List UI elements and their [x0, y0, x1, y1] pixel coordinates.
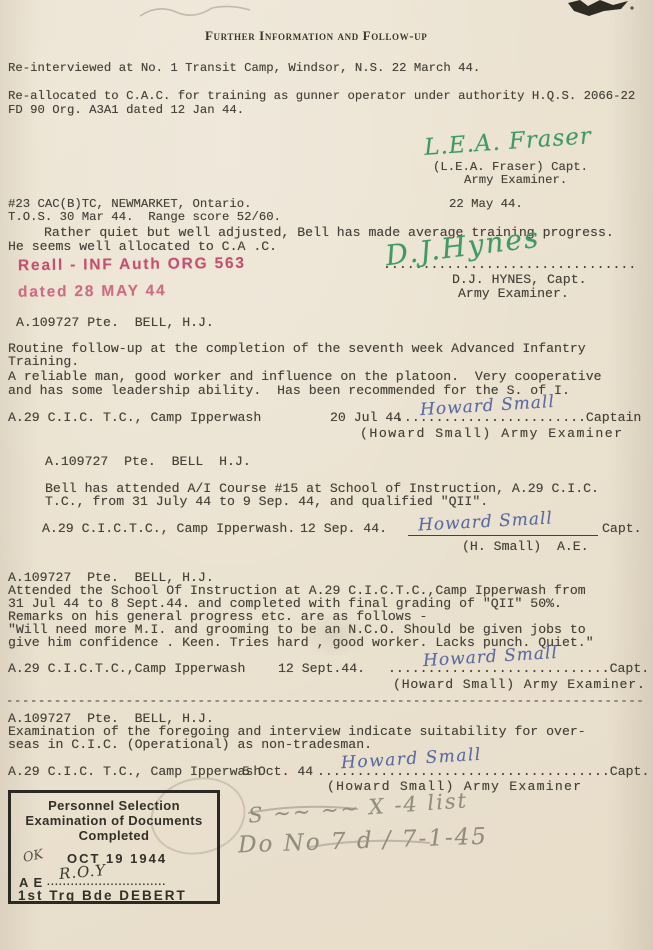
- windsor-line1: Re-interviewed at No. 1 Transit Camp, Wi…: [8, 61, 480, 75]
- fraser-name: (L.E.A. Fraser) Capt.: [433, 160, 588, 174]
- newmarket-unit: #23 CAC(B)TC, NEWMARKET, Ontario.: [8, 197, 252, 211]
- course15-rank: Capt.: [602, 521, 642, 536]
- overseas-para2: seas in C.I.C. (Operational) as non-trad…: [8, 737, 372, 752]
- stain-smudge: [300, 612, 370, 658]
- personnel-selection-stamp: Personnel Selection Examination of Docum…: [8, 790, 220, 904]
- week7-para1: Routine follow-up at the completion of t…: [8, 341, 586, 356]
- document-page: Further Information and Follow-up Re-int…: [0, 0, 653, 950]
- reallocation-stamp-line2: dated 28 MAY 44: [18, 282, 167, 302]
- week7-site: A.29 C.I.C. T.C., Camp Ipperwash: [8, 410, 261, 425]
- school-site: A.29 C.I.C.T.C.,Camp Ipperwash: [8, 661, 245, 676]
- overseas-date: 5 Oct. 44: [242, 764, 313, 779]
- stamp-ok-handwriting: OK: [22, 847, 45, 866]
- week7-examiner: (Howard Small) Army Examiner: [360, 426, 624, 441]
- pencil-strike-marks: [240, 795, 570, 865]
- course15-site: A.29 C.I.C.T.C., Camp Ipperwash.: [42, 521, 295, 536]
- school-examiner: (Howard Small) Army Examiner.: [393, 677, 646, 692]
- week7-soldier-line: A.109727 Pte. BELL, H.J.: [16, 315, 214, 330]
- course15-date: 12 Sep. 44.: [300, 521, 387, 536]
- stamp-line2: Examination of Documents: [11, 813, 217, 828]
- fraser-signature-script: L.E.A. Fraser: [423, 123, 592, 161]
- dashed-separator: ----------------------------------------…: [6, 694, 644, 708]
- stamp-line3: Completed: [11, 828, 217, 843]
- newmarket-remark2: He seems well allocated to C.A .C.: [8, 239, 277, 254]
- newmarket-date: 22 May 44.: [449, 197, 523, 211]
- stamp-line1: Personnel Selection: [11, 798, 217, 813]
- course15-soldier-line: A.109727 Pte. BELL H.J.: [45, 454, 251, 469]
- stamp-unit: 1st Trg Bde DEBERT: [18, 888, 187, 903]
- course15-signature-rule: Howard Small: [408, 516, 598, 536]
- overseas-site: A.29 C.I.C. T.C., Camp Ipperwash: [8, 764, 261, 779]
- week7-para3: A reliable man, good worker and influenc…: [8, 369, 602, 384]
- week7-para2: Training.: [8, 354, 79, 369]
- hynes-name: D.J. HYNES, Capt.: [452, 272, 587, 287]
- reallocation-stamp-line1: Reall - INF Auth ORG 563: [18, 255, 246, 275]
- course15-para2: T.C., from 31 July 44 to 9 Sep. 44, and …: [45, 494, 488, 509]
- hynes-role: Army Examiner.: [458, 286, 569, 301]
- windsor-line3: FD 90 Org. A3A1 dated 12 Jan 44.: [8, 103, 244, 117]
- school-date: 12 Sept.44.: [278, 661, 365, 676]
- course15-signature-script: Howard Small: [418, 508, 554, 535]
- fraser-role: Army Examiner.: [464, 173, 567, 187]
- page-title: Further Information and Follow-up: [205, 28, 427, 44]
- pencil-squiggle: [138, 0, 268, 26]
- newmarket-tos: T.O.S. 30 Mar 44. Range score 52/60.: [8, 210, 281, 224]
- week7-date: 20 Jul 44: [330, 410, 401, 425]
- course15-examiner: (H. Small) A.E.: [462, 539, 589, 554]
- windsor-line2: Re-allocated to C.A.C. for training as g…: [8, 89, 635, 103]
- ink-blot: [558, 0, 636, 22]
